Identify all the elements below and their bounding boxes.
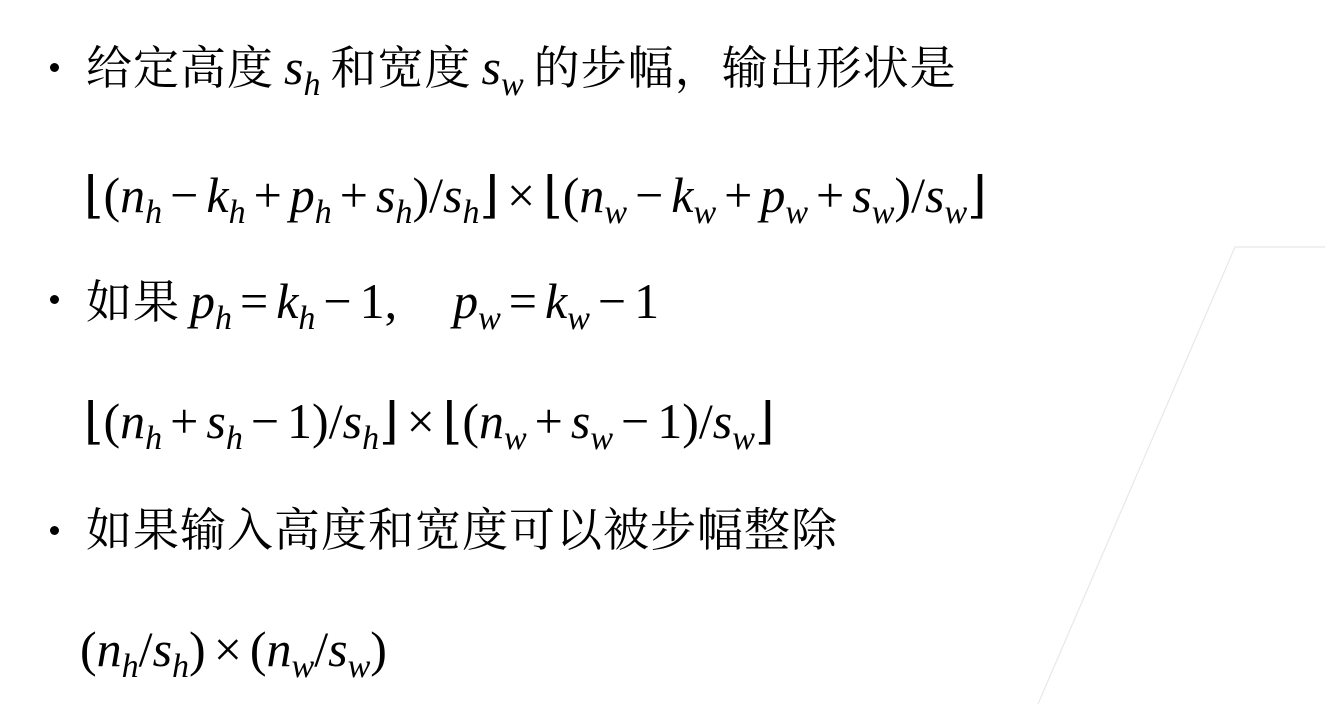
stride-height-var: sh (284, 39, 320, 95)
bullet-stride-definition: 给定高度sh和宽度sw的步幅，输出形状是 (86, 42, 957, 92)
slide: 给定高度sh和宽度sw的步幅，输出形状是 ⌊(nh−kh+ph+sh)/sh⌋×… (0, 0, 1325, 704)
padding-height-equation: ph=kh−1, (190, 273, 397, 329)
bullet-icon (50, 526, 59, 535)
bullet-icon (50, 63, 59, 72)
bullet-divisible-condition: 如果输入高度和宽度可以被步幅整除 (86, 507, 838, 553)
bullet-text-after: 的步幅，输出形状是 (534, 41, 957, 95)
formula-general-output-shape: ⌊(nh−kh+ph+sh)/sh⌋×⌊(nw−kw+pw+sw)/sw⌋ (84, 170, 987, 220)
bullet-text: 如果 (86, 275, 180, 329)
bullet-icon (50, 295, 59, 304)
formula-padded-output-shape: ⌊(nh+sh−1)/sh⌋×⌊(nw+sw−1)/sw⌋ (84, 396, 774, 446)
bullet-padding-condition: 如果ph=kh−1,pw=kw−1 (86, 276, 659, 326)
bullet-text-before: 给定高度 (86, 41, 274, 95)
stride-width-var: sw (481, 39, 523, 95)
decorative-diagonal-line (0, 0, 1325, 704)
formula-divisible-output-shape: (nh/sh)×(nw/sw) (80, 624, 387, 674)
padding-width-equation: pw=kw−1 (453, 273, 659, 329)
bullet-text-mid: 和宽度 (330, 41, 471, 95)
